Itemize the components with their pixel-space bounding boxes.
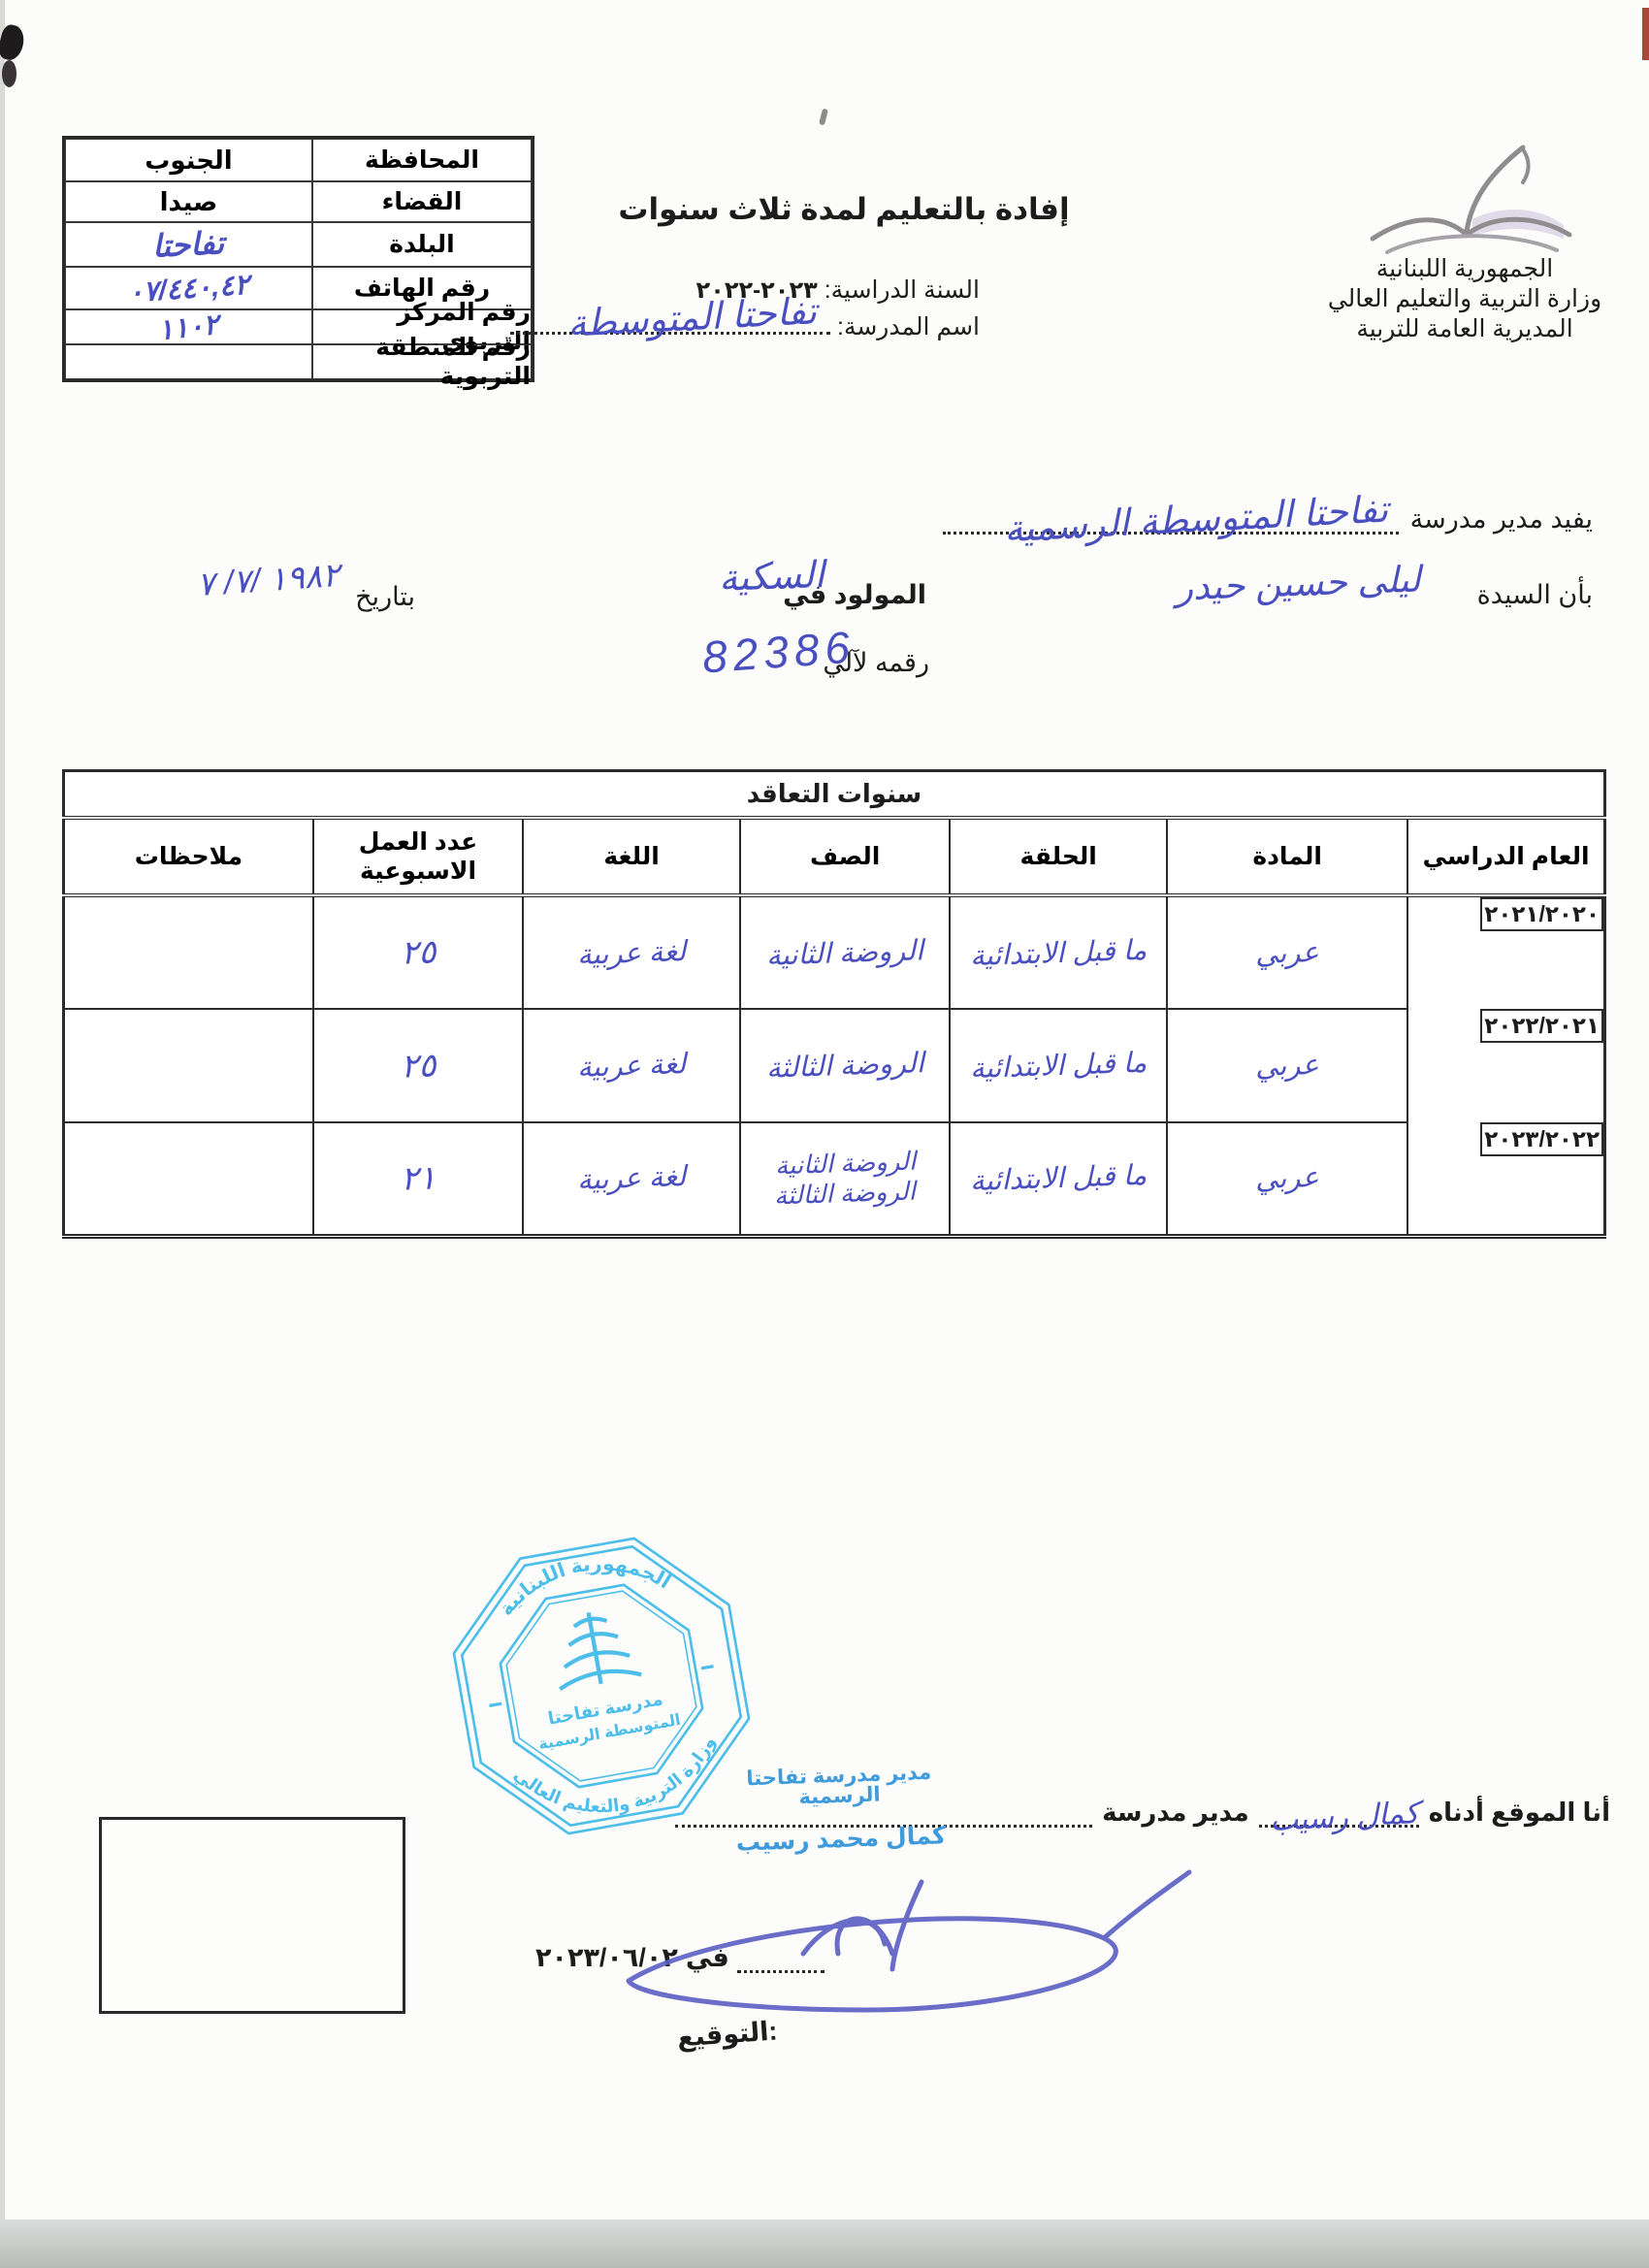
handwritten-center-number: ١١٠٢ [157,307,221,346]
info-value-empty [65,344,312,379]
table-row: ٢٠٢١/٢٠٢٠ عربي ما قبل الابتدائية الروضة … [64,895,1605,1009]
info-value-handwritten: ٠٧/٤٤٠,٤٢ [65,267,312,309]
handwritten-birthplace: السكية [718,553,824,600]
cell-cycle: ما قبل الابتدائية [950,1122,1167,1236]
handwritten-town: تفاحتا [152,224,226,265]
col-header-year: العام الدراسي [1407,818,1604,895]
director-ink-stamp: مدير مدرسة تفاحتا الرسمية كمال محمد رسيب [713,1761,968,1856]
letterhead-ministry: وزارة التربية والتعليم العالي [1290,284,1639,314]
contract-years-table: سنوات التعاقد العام الدراسي المادة الحلق… [62,769,1606,1239]
scan-artifact-speck [819,109,828,126]
letterhead-republic: الجمهورية اللبنانية [1290,254,1639,284]
admin-info-table: المحافظة الجنوب القضاء صيدا البلدة تفاحت… [62,136,534,382]
scan-artifact-blob [2,60,16,87]
undersigned-name-dotted-line: كمال رسيب [1259,1825,1419,1828]
scanned-certificate-page: المحافظة الجنوب القضاء صيدا البلدة تفاحت… [0,0,1649,2268]
table-row: ٢٠٢٣/٢٠٢٢ عربي ما قبل الابتدائية الروضة … [64,1122,1605,1236]
cell-language: لغة عربية [523,895,740,1009]
table-row: ٢٠٢٢/٢٠٢١ عربي ما قبل الابتدائية الروضة … [64,1009,1605,1122]
cell-hours: ٢٥ [313,895,523,1009]
school-name-body-dotted-line: تفاحتا المتوسطة الرسمية [943,532,1399,535]
info-label: رقم المنطقة التربوية [312,344,532,379]
cell-year: ٢٠٢٣/٢٠٢٢ [1480,1122,1603,1156]
ministry-open-book-logo [1358,134,1581,260]
scan-artifact-red-mark [1642,8,1649,60]
table-header-row: العام الدراسي المادة الحلقة الصف اللغة ع… [64,818,1605,895]
cell-hours: ٢٥ [313,1009,523,1122]
school-name-line: اسم المدرسة: تفاحتا المتوسطة [407,312,980,341]
handwritten-computer-id: 82386 [700,621,857,684]
cell-cycle: ما قبل الابتدائية [950,895,1167,1009]
col-header-cycle: الحلقة [950,818,1167,895]
school-name-label: اسم المدرسة: [837,313,980,340]
info-value-handwritten: ١١٠٢ [65,309,312,344]
cell-subject: عربي [1167,1122,1407,1236]
cell-notes [64,895,313,1009]
scan-artifact-blob [0,23,27,63]
cell-notes [64,1009,313,1122]
info-label: القضاء [312,181,532,222]
cell-subject: عربي [1167,895,1407,1009]
school-year-label: السنة الدراسية: [824,276,980,304]
cell-hours: ٢١ [313,1122,523,1236]
col-header-language: اللغة [523,818,740,895]
cell-language: لغة عربية [523,1009,740,1122]
table-title: سنوات التعاقد [64,771,1605,819]
table-title-row: سنوات التعاقد [64,771,1605,819]
info-label: المحافظة [312,139,532,181]
col-header-subject: المادة [1167,818,1407,895]
grade-line-2: الروضة الثالثة [774,1176,917,1211]
letterhead-directorate: المديرية العامة للتربية [1290,314,1639,344]
cell-cycle: ما قبل الابتدائية [950,1009,1167,1122]
cell-grade: الروضة الثانية الروضة الثالثة [740,1122,950,1236]
role-label: مدير مدرسة [1102,1798,1249,1828]
handwritten-teacher-name: ليلى حسين حيدر [1176,559,1422,609]
madam-label: بأن السيدة [1477,580,1593,610]
cell-subject: عربي [1167,1009,1407,1122]
scan-bottom-shadow [0,2219,1649,2268]
school-name-dotted-line: تفاحتا المتوسطة [510,332,830,335]
director-stamp-title: مدير مدرسة تفاحتا الرسمية [713,1761,966,1810]
birthdate-label: بتاريخ [355,582,415,612]
director-stamp-name: كمال محمد رسيب [715,1823,968,1856]
handwritten-school-name-body: تفاحتا المتوسطة الرسمية [1003,488,1389,552]
handwritten-director-name: كمال رسيب [1269,1796,1420,1838]
handwritten-phone: ٠٧/٤٤٠,٤٢ [127,267,250,309]
document-title: إفادة بالتعليم لمدة ثلاث سنوات [582,192,1106,227]
info-value-handwritten: تفاحتا [65,222,312,267]
info-label: البلدة [312,222,532,267]
cell-notes [64,1122,313,1236]
grade-line-1: الروضة الثانية [774,1146,916,1181]
scan-left-edge-shadow [0,0,5,2268]
cell-language: لغة عربية [523,1122,740,1236]
empty-stamp-box [99,1817,405,2014]
col-header-notes: ملاحظات [64,818,313,895]
cell-grade: الروضة الثانية [740,895,950,1009]
undersigned-label: أنا الموقع أدناه [1429,1798,1610,1828]
handwritten-birthdate: ١٩٨٢ /٧/ ٧ [195,556,340,604]
cell-year: ٢٠٢٢/٢٠٢١ [1480,1009,1603,1043]
body-line-certifies: يفيد مدير مدرسة تفاحتا المتوسطة الرسمية [943,504,1593,535]
col-header-weekly-hours: عدد العمل الاسبوعية [313,818,523,895]
col-header-grade: الصف [740,818,950,895]
certifies-label: يفيد مدير مدرسة [1410,504,1593,535]
handwritten-signature [582,1861,1203,2045]
info-value: الجنوب [65,139,312,181]
cell-year: ٢٠٢١/٢٠٢٠ [1480,897,1603,931]
info-value: صيدا [65,181,312,222]
cell-grade: الروضة الثالثة [740,1009,950,1122]
letterhead: الجمهورية اللبنانية وزارة التربية والتعل… [1290,254,1639,344]
